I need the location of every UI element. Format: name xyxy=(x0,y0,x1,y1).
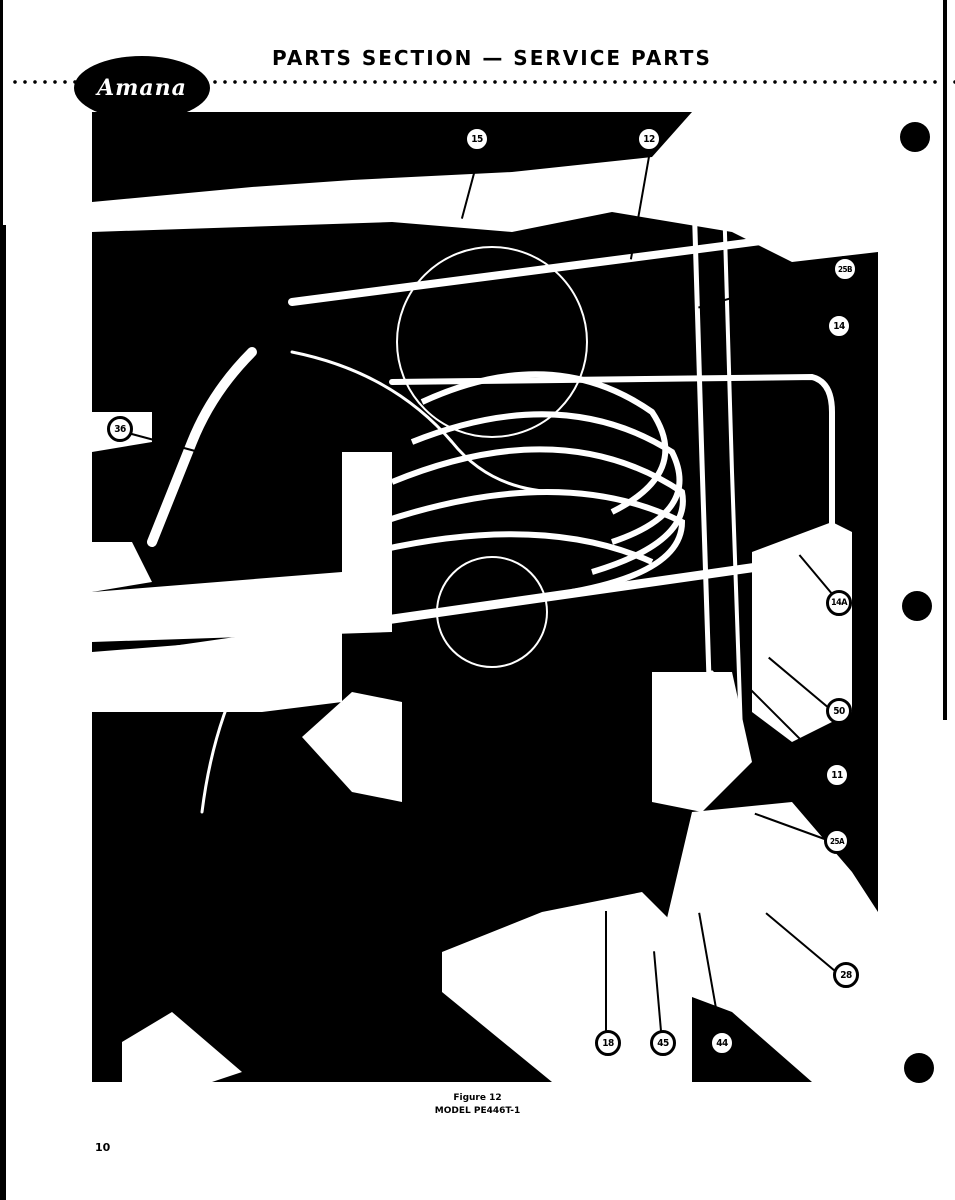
parts-photo xyxy=(92,112,878,1082)
page-title: PARTS SECTION — SERVICE PARTS xyxy=(272,46,712,70)
compressor-photo-illustration xyxy=(92,112,878,1082)
callout-leader-line xyxy=(605,911,607,1031)
callout-50: 50 xyxy=(826,698,852,724)
logo-text: Amana xyxy=(97,75,187,101)
header-dotted-rule-left xyxy=(10,79,78,85)
figure-caption-model: MODEL PE446T-1 xyxy=(0,1106,955,1116)
scan-edge-left-top xyxy=(0,0,3,225)
punch-hole-icon xyxy=(904,1053,934,1083)
callout-25a: 25A xyxy=(824,828,850,854)
scan-edge-right xyxy=(943,0,947,720)
callout-44: 44 xyxy=(709,1030,735,1056)
callout-28: 28 xyxy=(833,962,859,988)
callout-11: 11 xyxy=(824,762,850,788)
callout-14: 14 xyxy=(826,313,852,339)
callout-14a: 14A xyxy=(826,590,852,616)
page-number: 10 xyxy=(95,1141,110,1154)
callout-18: 18 xyxy=(595,1030,621,1056)
scan-edge-left xyxy=(0,225,12,1200)
callout-25b: 25B xyxy=(832,256,858,282)
callout-36: 36 xyxy=(107,416,133,442)
amana-logo: Amana xyxy=(74,56,210,120)
callout-15: 15 xyxy=(464,126,490,152)
callout-45: 45 xyxy=(650,1030,676,1056)
figure-caption-number: Figure 12 xyxy=(0,1093,955,1103)
callout-12: 12 xyxy=(636,126,662,152)
punch-hole-icon xyxy=(900,122,930,152)
header-dotted-rule-right xyxy=(210,79,955,85)
punch-hole-icon xyxy=(902,591,932,621)
